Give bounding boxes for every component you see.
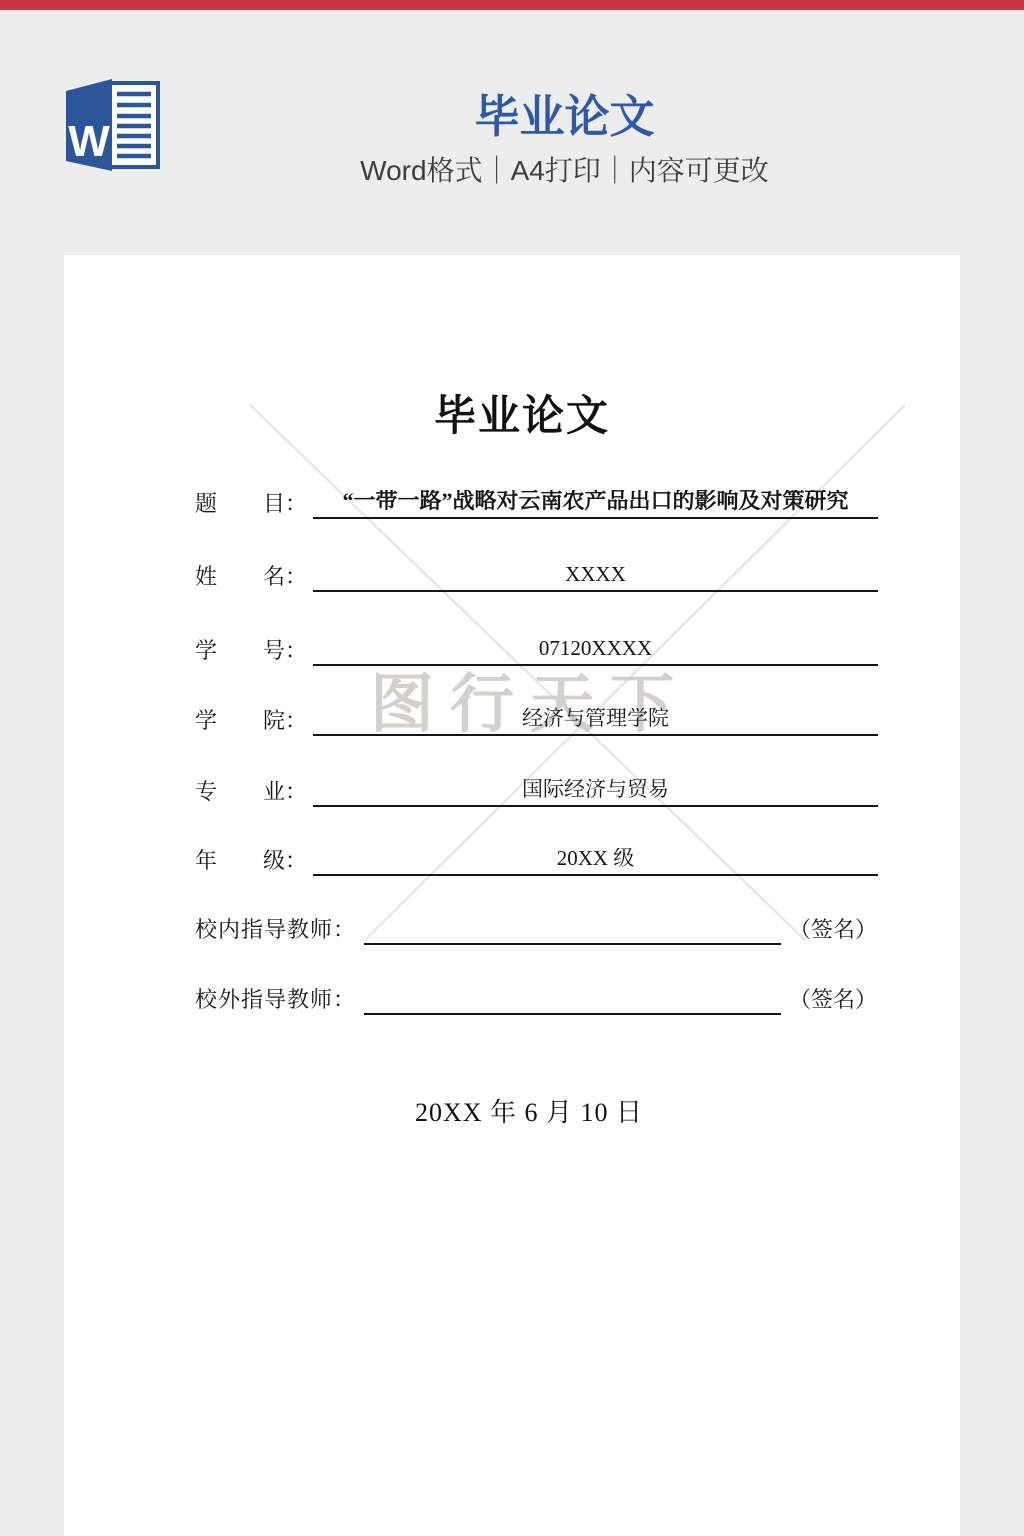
supervisor-label: 校外指导教师：	[195, 989, 356, 1015]
word-logo-letter: W	[68, 117, 110, 166]
field-label-char: 年	[195, 850, 217, 876]
document-date: 20XX 年 6 月 10 日	[64, 1092, 960, 1129]
field-label-char: 名：	[263, 566, 307, 592]
field-underline: 20XX 级	[313, 848, 878, 876]
field-label-char: 姓	[195, 566, 217, 592]
header-text: 毕业论文 Word格式｜A4打印｜内容可更改	[105, 92, 1024, 187]
field-value: XXXX	[565, 564, 626, 590]
field-underline: 07120XXXX	[313, 638, 878, 666]
field-underline: XXXX	[313, 564, 878, 592]
document-title: 毕业论文	[64, 383, 960, 443]
document-page: 图行天下 毕业论文 题 目： “一带一路”战略对云南农产品出口的影响及对策研究 …	[64, 255, 960, 1536]
form-row-college: 学 院： 经济与管理学院	[195, 698, 878, 736]
form-row-external-supervisor: 校外指导教师： （签名）	[195, 977, 869, 1015]
header-title: 毕业论文	[105, 92, 1024, 142]
supervisor-label: 校内指导教师：	[195, 919, 356, 945]
form-row-grade: 年 级： 20XX 级	[195, 838, 878, 876]
field-value: 07120XXXX	[539, 638, 652, 664]
header-subtitle: Word格式｜A4打印｜内容可更改	[105, 154, 1024, 188]
field-value: 20XX 级	[557, 848, 635, 874]
field-underline	[364, 975, 781, 1015]
field-underline	[364, 905, 781, 945]
field-value: 经济与管理学院	[522, 708, 669, 734]
signature-hint: （签名）	[789, 919, 869, 945]
field-label-char: 题	[195, 493, 217, 519]
form-row-name: 姓 名： XXXX	[195, 554, 878, 592]
field-label-char: 院：	[263, 710, 307, 736]
field-underline: 经济与管理学院	[313, 708, 878, 736]
field-value: 国际经济与贸易	[522, 779, 669, 805]
field-value: “一带一路”战略对云南农产品出口的影响及对策研究	[343, 490, 849, 517]
template-preview-screen: W 毕业论文 Word格式｜A4打印｜内容可更改 图行天下 毕业论文 题 目： …	[0, 0, 1024, 1536]
form-row-major: 专 业： 国际经济与贸易	[195, 769, 878, 807]
field-label-char: 号：	[263, 640, 307, 666]
form-row-internal-supervisor: 校内指导教师： （签名）	[195, 907, 869, 945]
field-label-char: 学	[195, 710, 217, 736]
field-underline: 国际经济与贸易	[313, 779, 878, 807]
field-label-char: 目：	[263, 493, 307, 519]
field-label-char: 业：	[263, 781, 307, 807]
field-label-char: 专	[195, 781, 217, 807]
field-label-char: 学	[195, 640, 217, 666]
top-accent-bar	[0, 0, 1024, 10]
field-label-char: 级：	[263, 850, 307, 876]
watermark-diagonal-lines	[64, 255, 960, 1536]
form-row-topic: 题 目： “一带一路”战略对云南农产品出口的影响及对策研究	[195, 481, 878, 519]
field-underline: “一带一路”战略对云南农产品出口的影响及对策研究	[313, 490, 878, 519]
form-row-student-id: 学 号： 07120XXXX	[195, 628, 878, 666]
signature-hint: （签名）	[789, 989, 869, 1015]
